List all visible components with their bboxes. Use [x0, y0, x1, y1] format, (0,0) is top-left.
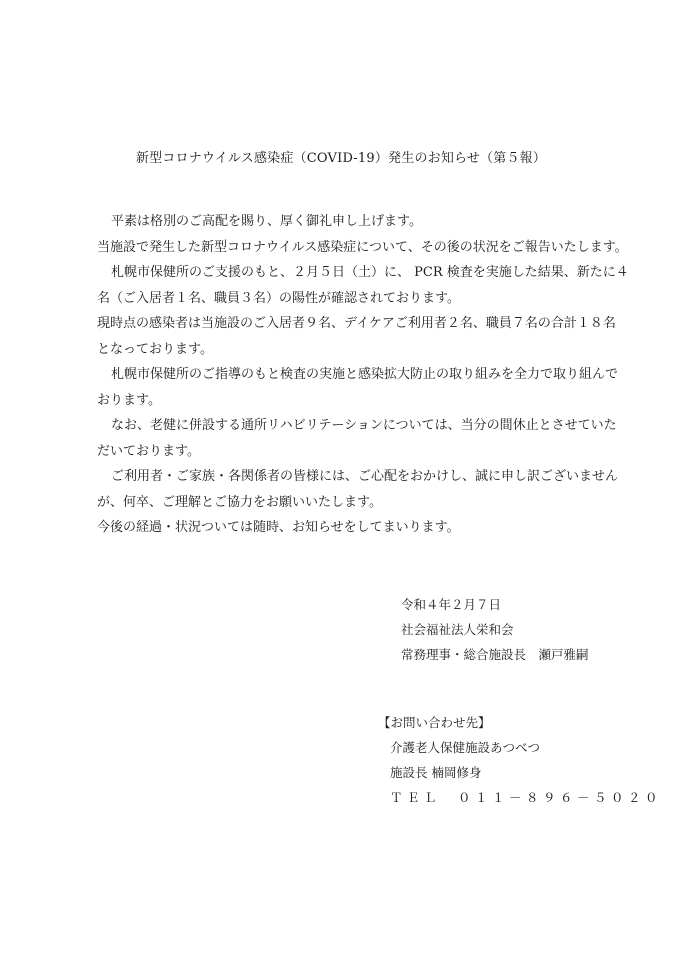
contact-phone: ＴＥＬ ０１１－８９６－５０２０	[378, 785, 662, 810]
body-line: 今後の経過・状況ついては随時、お知らせをしてまいります。	[97, 515, 589, 541]
contact-block: 【お問い合わせ先】 介護老人保健施設あつべつ 施設長 楠岡修身 ＴＥＬ ０１１－…	[378, 710, 662, 810]
contact-facility: 介護老人保健施設あつべつ	[378, 735, 662, 760]
body-line: となっております。	[97, 337, 589, 363]
issue-date: 令和４年２月７日	[401, 592, 589, 617]
contact-director: 施設長 楠岡修身	[378, 760, 662, 785]
body-line: 札幌市保健所のご指導のもと検査の実施と感染拡大防止の取り組みを全力で取り組んで	[97, 362, 589, 388]
organization-name: 社会福祉法人栄和会	[401, 617, 589, 642]
body-line: おります。	[97, 388, 589, 414]
body-line: だいております。	[97, 439, 589, 465]
signer-name: 常務理事・総合施設長 瀬戸雅嗣	[401, 642, 589, 667]
body-line: なお、老健に併設する通所リハビリテーションについては、当分の間休止とさせていた	[97, 413, 589, 439]
body-line: 札幌市保健所のご支援のもと、２月５日（土）に、 PCR 検査を実施した結果、新た…	[97, 260, 589, 286]
signature-block: 令和４年２月７日 社会福祉法人栄和会 常務理事・総合施設長 瀬戸雅嗣	[401, 592, 589, 667]
body-line: 平素は格別のご高配を賜り、厚く御礼申し上げます。	[97, 209, 589, 235]
body-line: ご利用者・ご家族・各関係者の皆様には、ご心配をおかけし、誠に申し訳ございません	[97, 464, 589, 490]
body-line: が、何卒、ご理解とご協力をお願いいたします。	[97, 490, 589, 516]
contact-heading: 【お問い合わせ先】	[378, 710, 662, 735]
body-line: 現時点の感染者は当施設のご入居者９名、デイケアご利用者２名、職員７名の合計１８名	[97, 311, 589, 337]
document-body: 平素は格別のご高配を賜り、厚く御礼申し上げます。 当施設で発生した新型コロナウイ…	[97, 209, 589, 541]
body-line: 当施設で発生した新型コロナウイルス感染症について、その後の状況をご報告いたします…	[97, 235, 589, 261]
document-title: 新型コロナウイルス感染症（COVID-19）発生のお知らせ（第５報）	[0, 147, 682, 166]
document-page: 新型コロナウイルス感染症（COVID-19）発生のお知らせ（第５報） 平素は格別…	[0, 0, 682, 960]
body-line: 名（ご入居者１名、職員３名）の陽性が確認されております。	[97, 286, 589, 312]
